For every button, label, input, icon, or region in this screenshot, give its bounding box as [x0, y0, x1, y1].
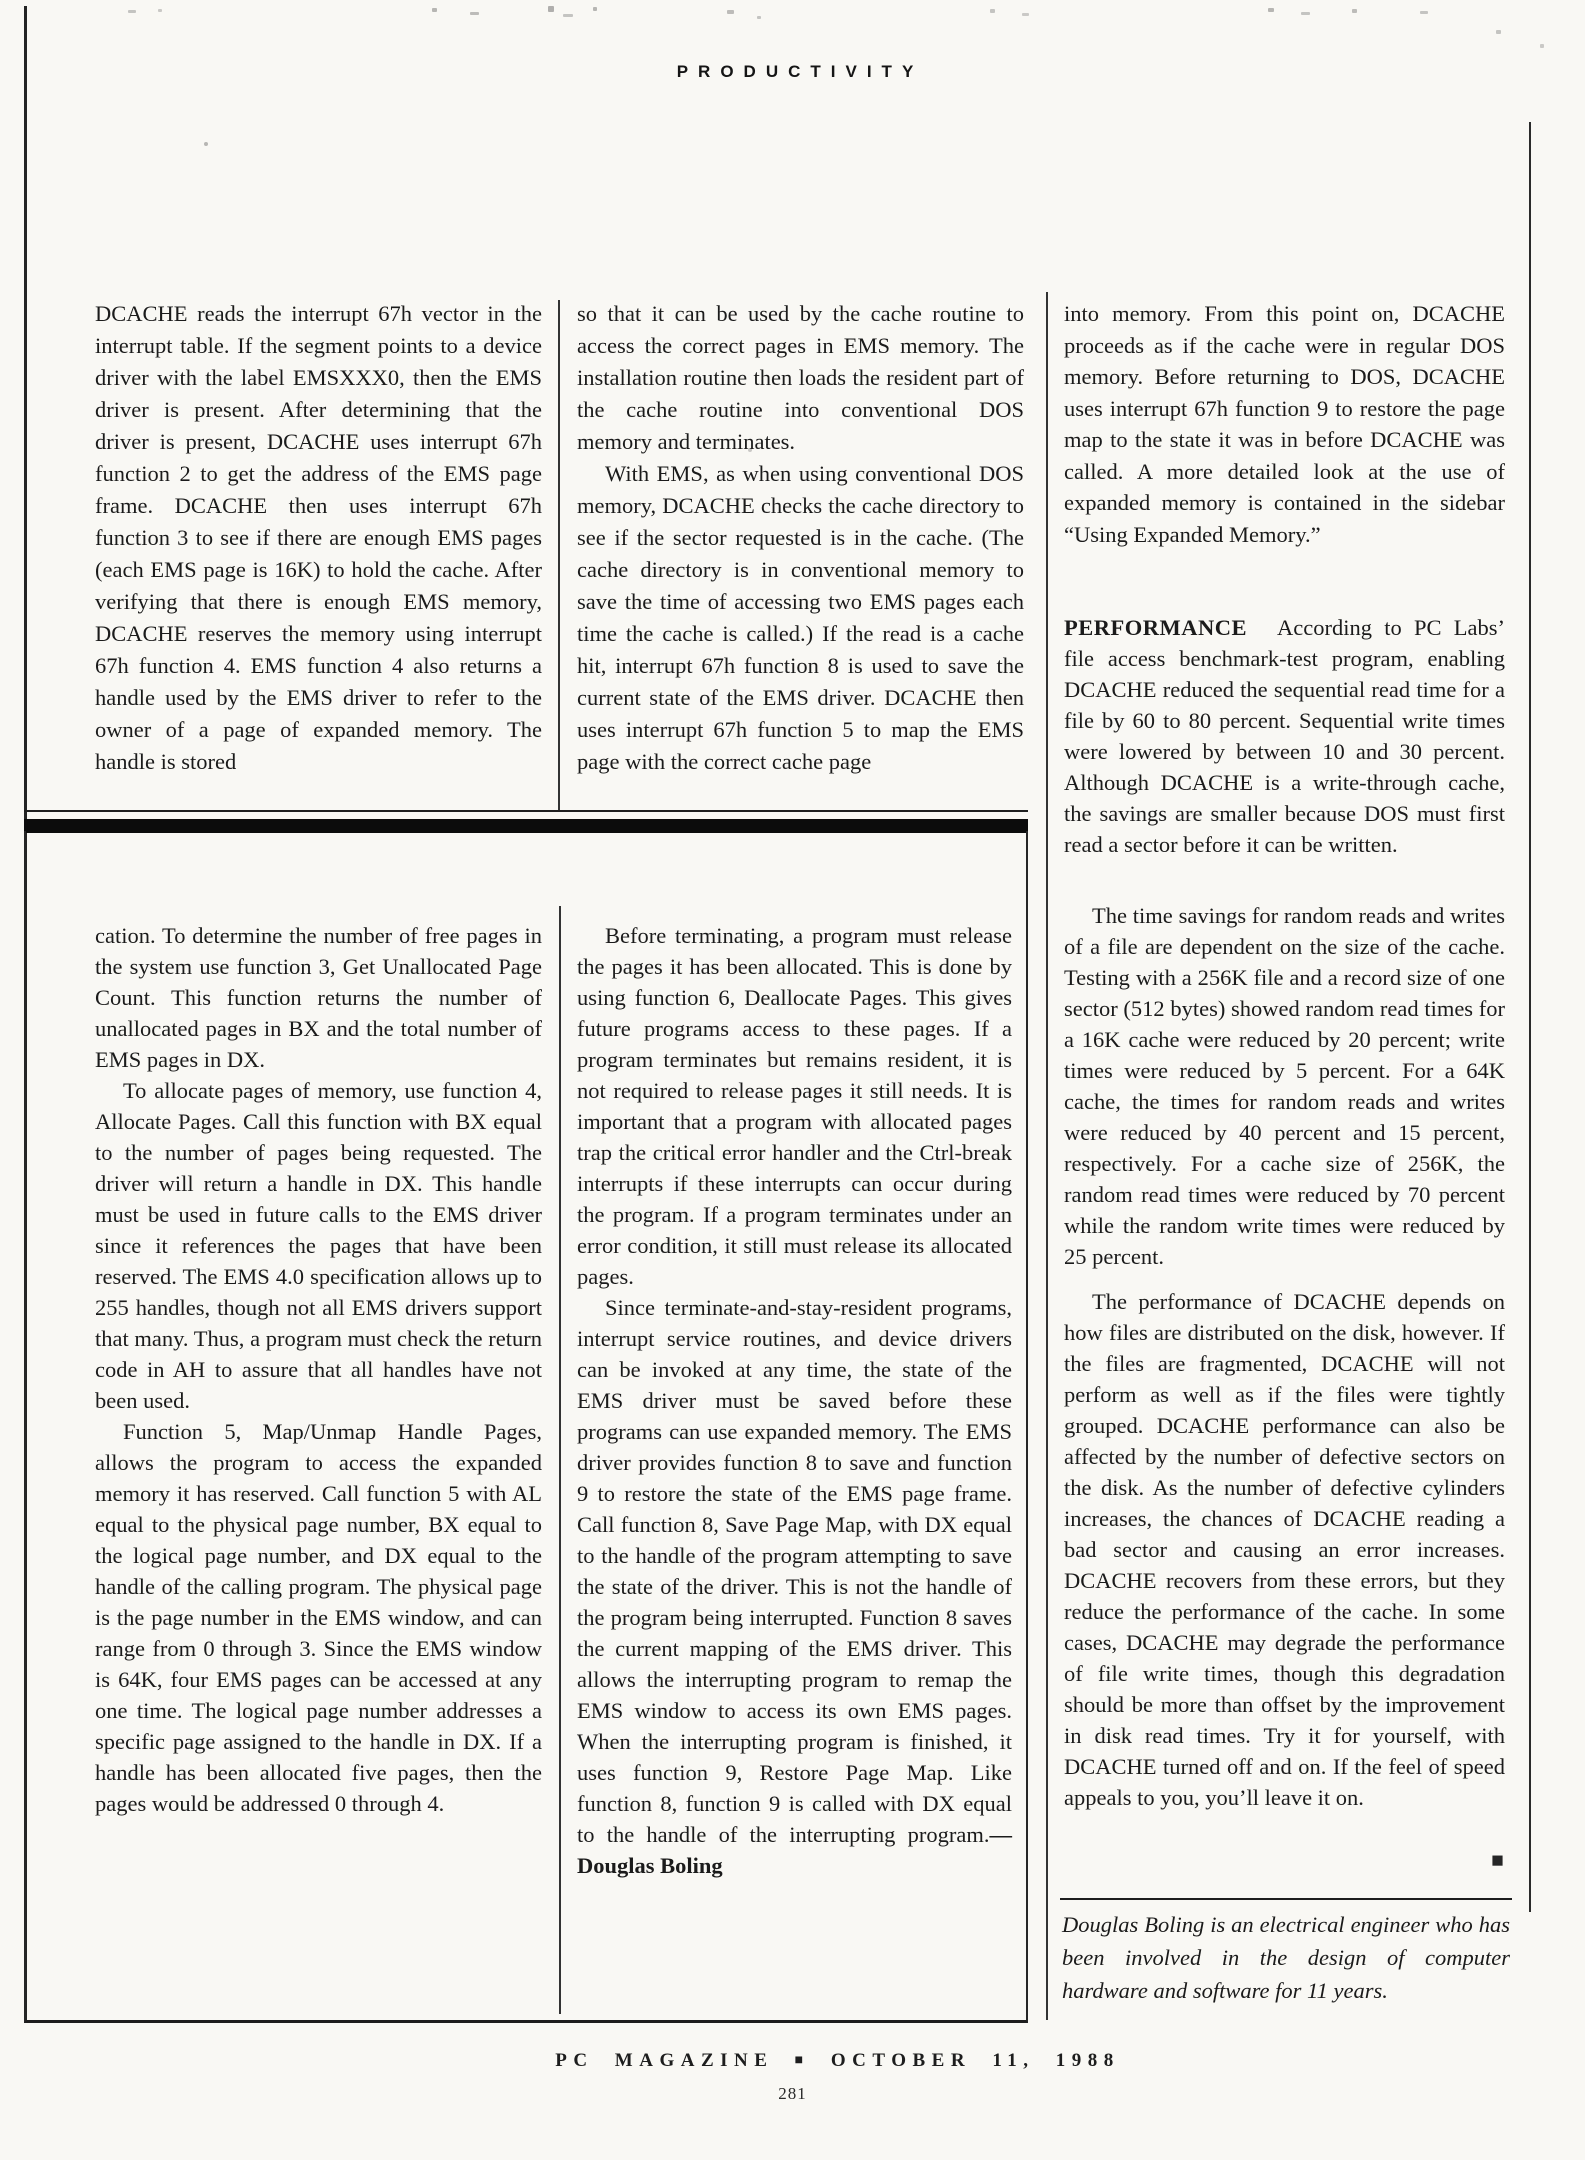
scan-noise [593, 7, 597, 11]
article-column-3-paragraph-3: The time savings for random reads and wr… [1064, 900, 1505, 1272]
paragraph-text: According to PC Labs’ file access benchm… [1064, 615, 1505, 857]
scan-noise [1352, 9, 1357, 13]
scan-noise [990, 9, 995, 13]
paragraph: so that it can be used by the cache rout… [577, 298, 1024, 458]
scan-noise [1022, 13, 1029, 16]
footer-square-icon: ■ [795, 2053, 810, 2068]
author-bio: Douglas Boling is an electrical engineer… [1062, 1908, 1510, 2007]
paragraph: With EMS, as when using conventional DOS… [577, 458, 1024, 778]
paragraph: Function 5, Map/Unmap Handle Pages, allo… [95, 1416, 542, 1819]
sidebar-column-a: cation. To determine the number of free … [95, 920, 542, 1819]
article-column-3-paragraph-1: into memory. From this point on, DCACHE … [1064, 298, 1505, 550]
article-column-1: DCACHE reads the interrupt 67h vector in… [95, 298, 542, 778]
scan-noise [470, 12, 479, 15]
scan-noise [757, 16, 761, 19]
scan-noise [204, 142, 208, 146]
paragraph: To allocate pages of memory, use functio… [95, 1075, 542, 1416]
paragraph: into memory. From this point on, DCACHE … [1064, 298, 1505, 550]
right-page-rule [1529, 122, 1531, 1912]
paragraph: The time savings for random reads and wr… [1064, 900, 1505, 1272]
bio-divider-rule [1060, 1898, 1512, 1900]
magazine-page: PRODUCTIVITY DCACHE reads the interrupt … [0, 0, 1585, 2160]
paragraph: DCACHE reads the interrupt 67h vector in… [95, 298, 542, 778]
article-column-3-performance: PERFORMANCEAccording to PC Labs’ file ac… [1064, 612, 1505, 860]
paragraph-text: Since terminate-and-stay-resident progra… [577, 1295, 1012, 1847]
end-of-article-icon: ■ [1487, 1850, 1508, 1871]
scan-noise [1268, 8, 1274, 12]
sidebar-column-b: Before terminating, a program must relea… [577, 920, 1012, 1881]
sidebar-box-thin-rule [24, 810, 1028, 812]
section-header: PRODUCTIVITY [600, 62, 1000, 82]
paragraph: Before terminating, a program must relea… [577, 920, 1012, 1292]
scan-noise [1540, 44, 1544, 48]
paragraph: The performance of DCACHE depends on how… [1064, 1286, 1505, 1813]
scan-noise [563, 14, 573, 17]
footer-date: OCTOBER 11, 1988 [831, 2050, 1120, 2071]
column-divider-1 [558, 300, 560, 812]
scan-noise [158, 9, 162, 12]
scan-noise [727, 10, 734, 14]
footer-magazine: PC MAGAZINE [555, 2050, 773, 2071]
article-column-2: so that it can be used by the cache rout… [577, 298, 1024, 778]
scan-noise [432, 8, 437, 12]
paragraph: Since terminate-and-stay-resident progra… [577, 1292, 1012, 1881]
paragraph: PERFORMANCEAccording to PC Labs’ file ac… [1064, 612, 1505, 860]
scan-noise [128, 10, 136, 13]
scan-noise [548, 6, 554, 12]
performance-heading: PERFORMANCE [1064, 615, 1247, 640]
column-divider-2 [1046, 292, 1048, 2020]
scan-noise [1301, 12, 1310, 15]
scan-noise [1420, 11, 1428, 14]
paragraph: cation. To determine the number of free … [95, 920, 542, 1075]
page-number: 281 [0, 2084, 1585, 2104]
scan-noise [1496, 30, 1501, 34]
article-column-3-paragraph-4: The performance of DCACHE depends on how… [1064, 1286, 1505, 1813]
footer: PC MAGAZINE ■ OCTOBER 11, 1988 [90, 2050, 1585, 2072]
